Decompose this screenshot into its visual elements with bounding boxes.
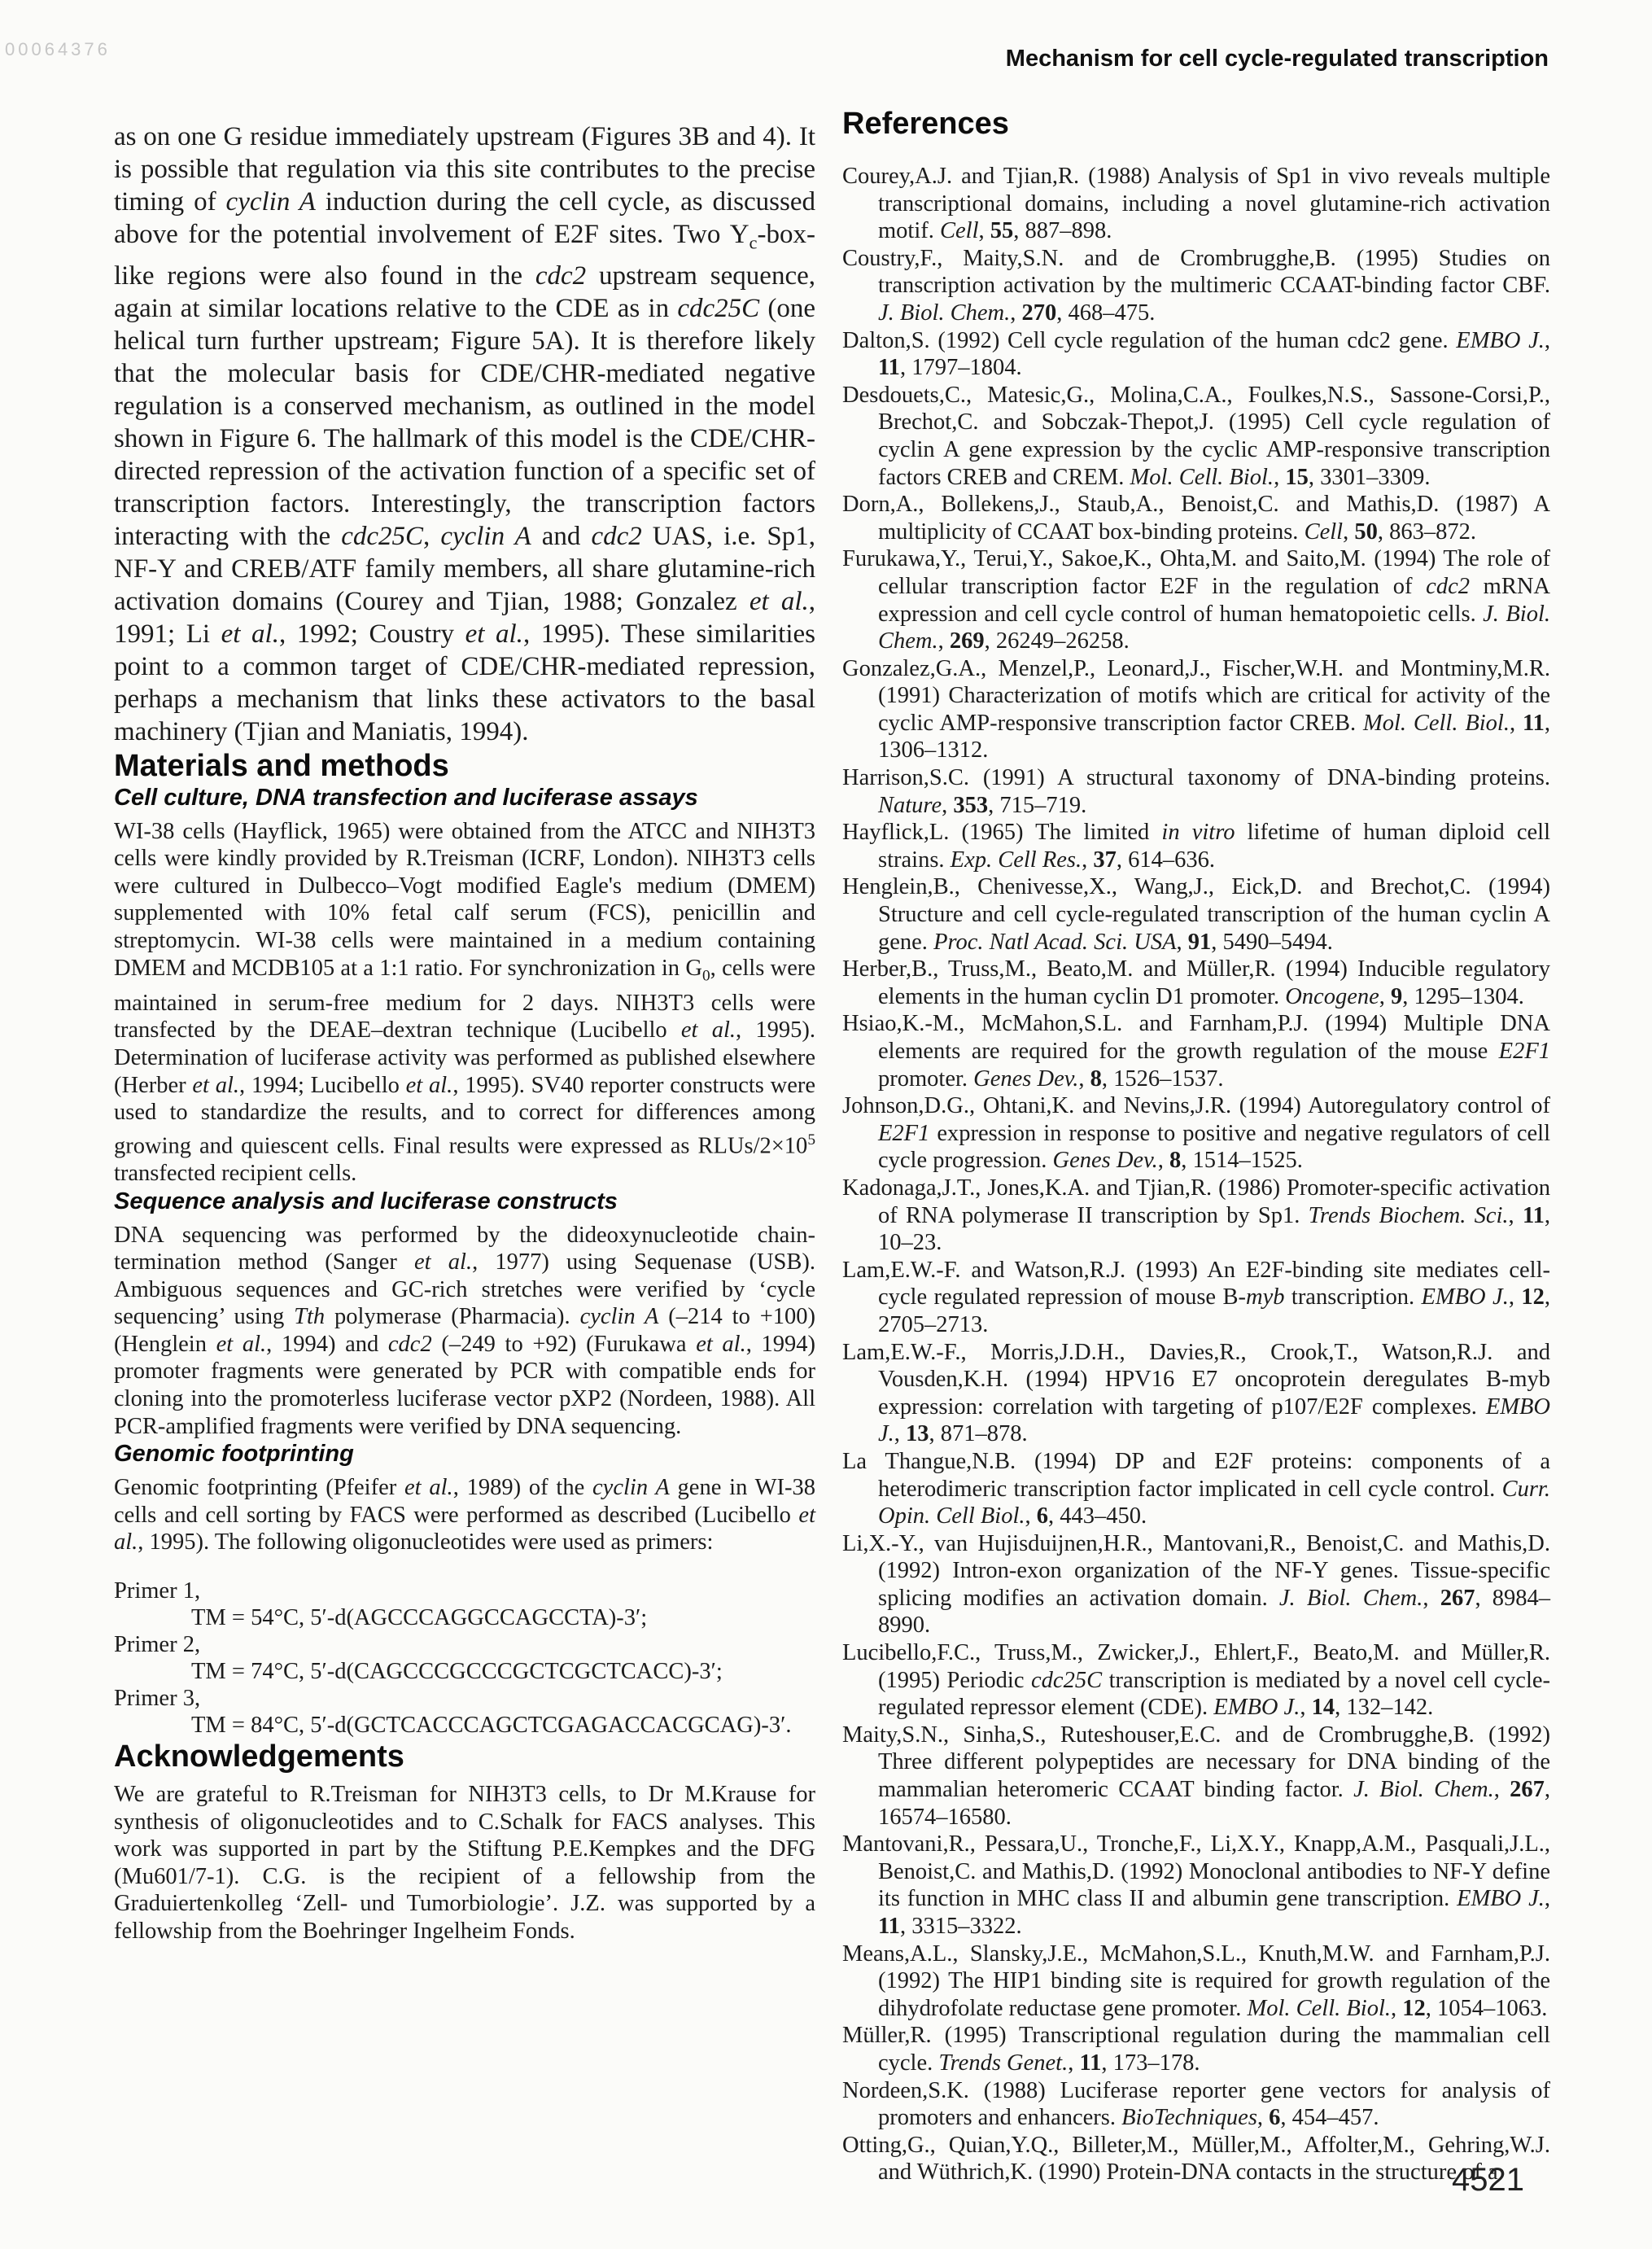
acknowledgements-heading: Acknowledgements	[114, 1739, 815, 1774]
genomic-footprinting-subheading: Genomic footprinting	[114, 1440, 815, 1468]
primer-label: Primer 2,	[114, 1631, 815, 1658]
right-column: References Courey,A.J. and Tjian,R. (198…	[842, 106, 1550, 2186]
page-number: 4521	[1452, 2162, 1524, 2199]
primer-label: Primer 3,	[114, 1685, 815, 1712]
sequence-analysis-body: DNA sequencing was performed by the dide…	[114, 1222, 815, 1441]
reference-entry: La Thangue,N.B. (1994) DP and E2F protei…	[842, 1448, 1550, 1530]
reference-entry: Henglein,B., Chenivesse,X., Wang,J., Eic…	[842, 873, 1550, 956]
materials-and-methods-heading: Materials and methods	[114, 748, 815, 784]
reference-entry: Courey,A.J. and Tjian,R. (1988) Analysis…	[842, 163, 1550, 245]
reference-entry: Means,A.L., Slansky,J.E., McMahon,S.L., …	[842, 1941, 1550, 2023]
primer-sequence: TM = 54°C, 5′-d(AGCCCAGGCCAGCCTA)-3′;	[114, 1604, 815, 1631]
primer-sequence: TM = 84°C, 5′-d(GCTCACCCAGCTCGAGACCACGCA…	[114, 1712, 815, 1739]
reference-entry: Nordeen,S.K. (1988) Luciferase reporter …	[842, 2077, 1550, 2132]
primer-list: Primer 1,TM = 54°C, 5′-d(AGCCCAGGCCAGCCT…	[114, 1577, 815, 1739]
reference-entry: Gonzalez,G.A., Menzel,P., Leonard,J., Fi…	[842, 655, 1550, 764]
reference-entry: Dalton,S. (1992) Cell cycle regulation o…	[842, 327, 1550, 382]
reference-entry: Otting,G., Quian,Y.Q., Billeter,M., Müll…	[842, 2132, 1550, 2186]
reference-entry: Harrison,S.C. (1991) A structural taxono…	[842, 764, 1550, 819]
reference-entry: Dorn,A., Bollekens,J., Staub,A., Benoist…	[842, 491, 1550, 545]
reference-entry: Lam,E.W.-F., Morris,J.D.H., Davies,R., C…	[842, 1339, 1550, 1448]
scanned-page: 00064376 Mechanism for cell cycle-regula…	[0, 0, 1652, 2249]
reference-entry: Kadonaga,J.T., Jones,K.A. and Tjian,R. (…	[842, 1175, 1550, 1257]
reference-entry: Mantovani,R., Pessara,U., Tronche,F., Li…	[842, 1831, 1550, 1940]
reference-entry: Maity,S.N., Sinha,S., Ruteshouser,E.C. a…	[842, 1722, 1550, 1831]
primer-sequence: TM = 74°C, 5′-d(CAGCCCGCCCGCTCGCTCACC)-3…	[114, 1658, 815, 1685]
intro-paragraph: as on one G residue immediately upstream…	[114, 120, 815, 748]
running-head: Mechanism for cell cycle-regulated trans…	[842, 46, 1549, 72]
references-heading: References	[842, 106, 1550, 142]
reference-entry: Furukawa,Y., Terui,Y., Sakoe,K., Ohta,M.…	[842, 545, 1550, 654]
cell-culture-subheading: Cell culture, DNA transfection and lucif…	[114, 784, 815, 812]
reference-entry: Lucibello,F.C., Truss,M., Zwicker,J., Eh…	[842, 1639, 1550, 1722]
reference-entry: Hsiao,K.-M., McMahon,S.L. and Farnham,P.…	[842, 1010, 1550, 1092]
reference-entry: Herber,B., Truss,M., Beato,M. and Müller…	[842, 956, 1550, 1010]
reference-entry: Müller,R. (1995) Transcriptional regulat…	[842, 2022, 1550, 2076]
reference-entry: Coustry,F., Maity,S.N. and de Crombruggh…	[842, 245, 1550, 327]
reference-entry: Johnson,D.G., Ohtani,K. and Nevins,J.R. …	[842, 1092, 1550, 1175]
scan-id: 00064376	[5, 39, 111, 60]
sequence-analysis-subheading: Sequence analysis and luciferase constru…	[114, 1188, 815, 1215]
primer-label: Primer 1,	[114, 1577, 815, 1604]
references-list: Courey,A.J. and Tjian,R. (1988) Analysis…	[842, 163, 1550, 2186]
reference-entry: Li,X.-Y., van Hujisduijnen,H.R., Mantova…	[842, 1530, 1550, 1639]
acknowledgements-body: We are grateful to R.Treisman for NIH3T3…	[114, 1781, 815, 1945]
reference-entry: Desdouets,C., Matesic,G., Molina,C.A., F…	[842, 382, 1550, 491]
cell-culture-body: WI-38 cells (Hayflick, 1965) were obtain…	[114, 818, 815, 1188]
genomic-footprinting-body: Genomic footprinting (Pfeifer et al., 19…	[114, 1474, 815, 1556]
reference-entry: Hayflick,L. (1965) The limited in vitro …	[842, 819, 1550, 873]
reference-entry: Lam,E.W.-F. and Watson,R.J. (1993) An E2…	[842, 1257, 1550, 1339]
left-column: as on one G residue immediately upstream…	[114, 120, 815, 1945]
